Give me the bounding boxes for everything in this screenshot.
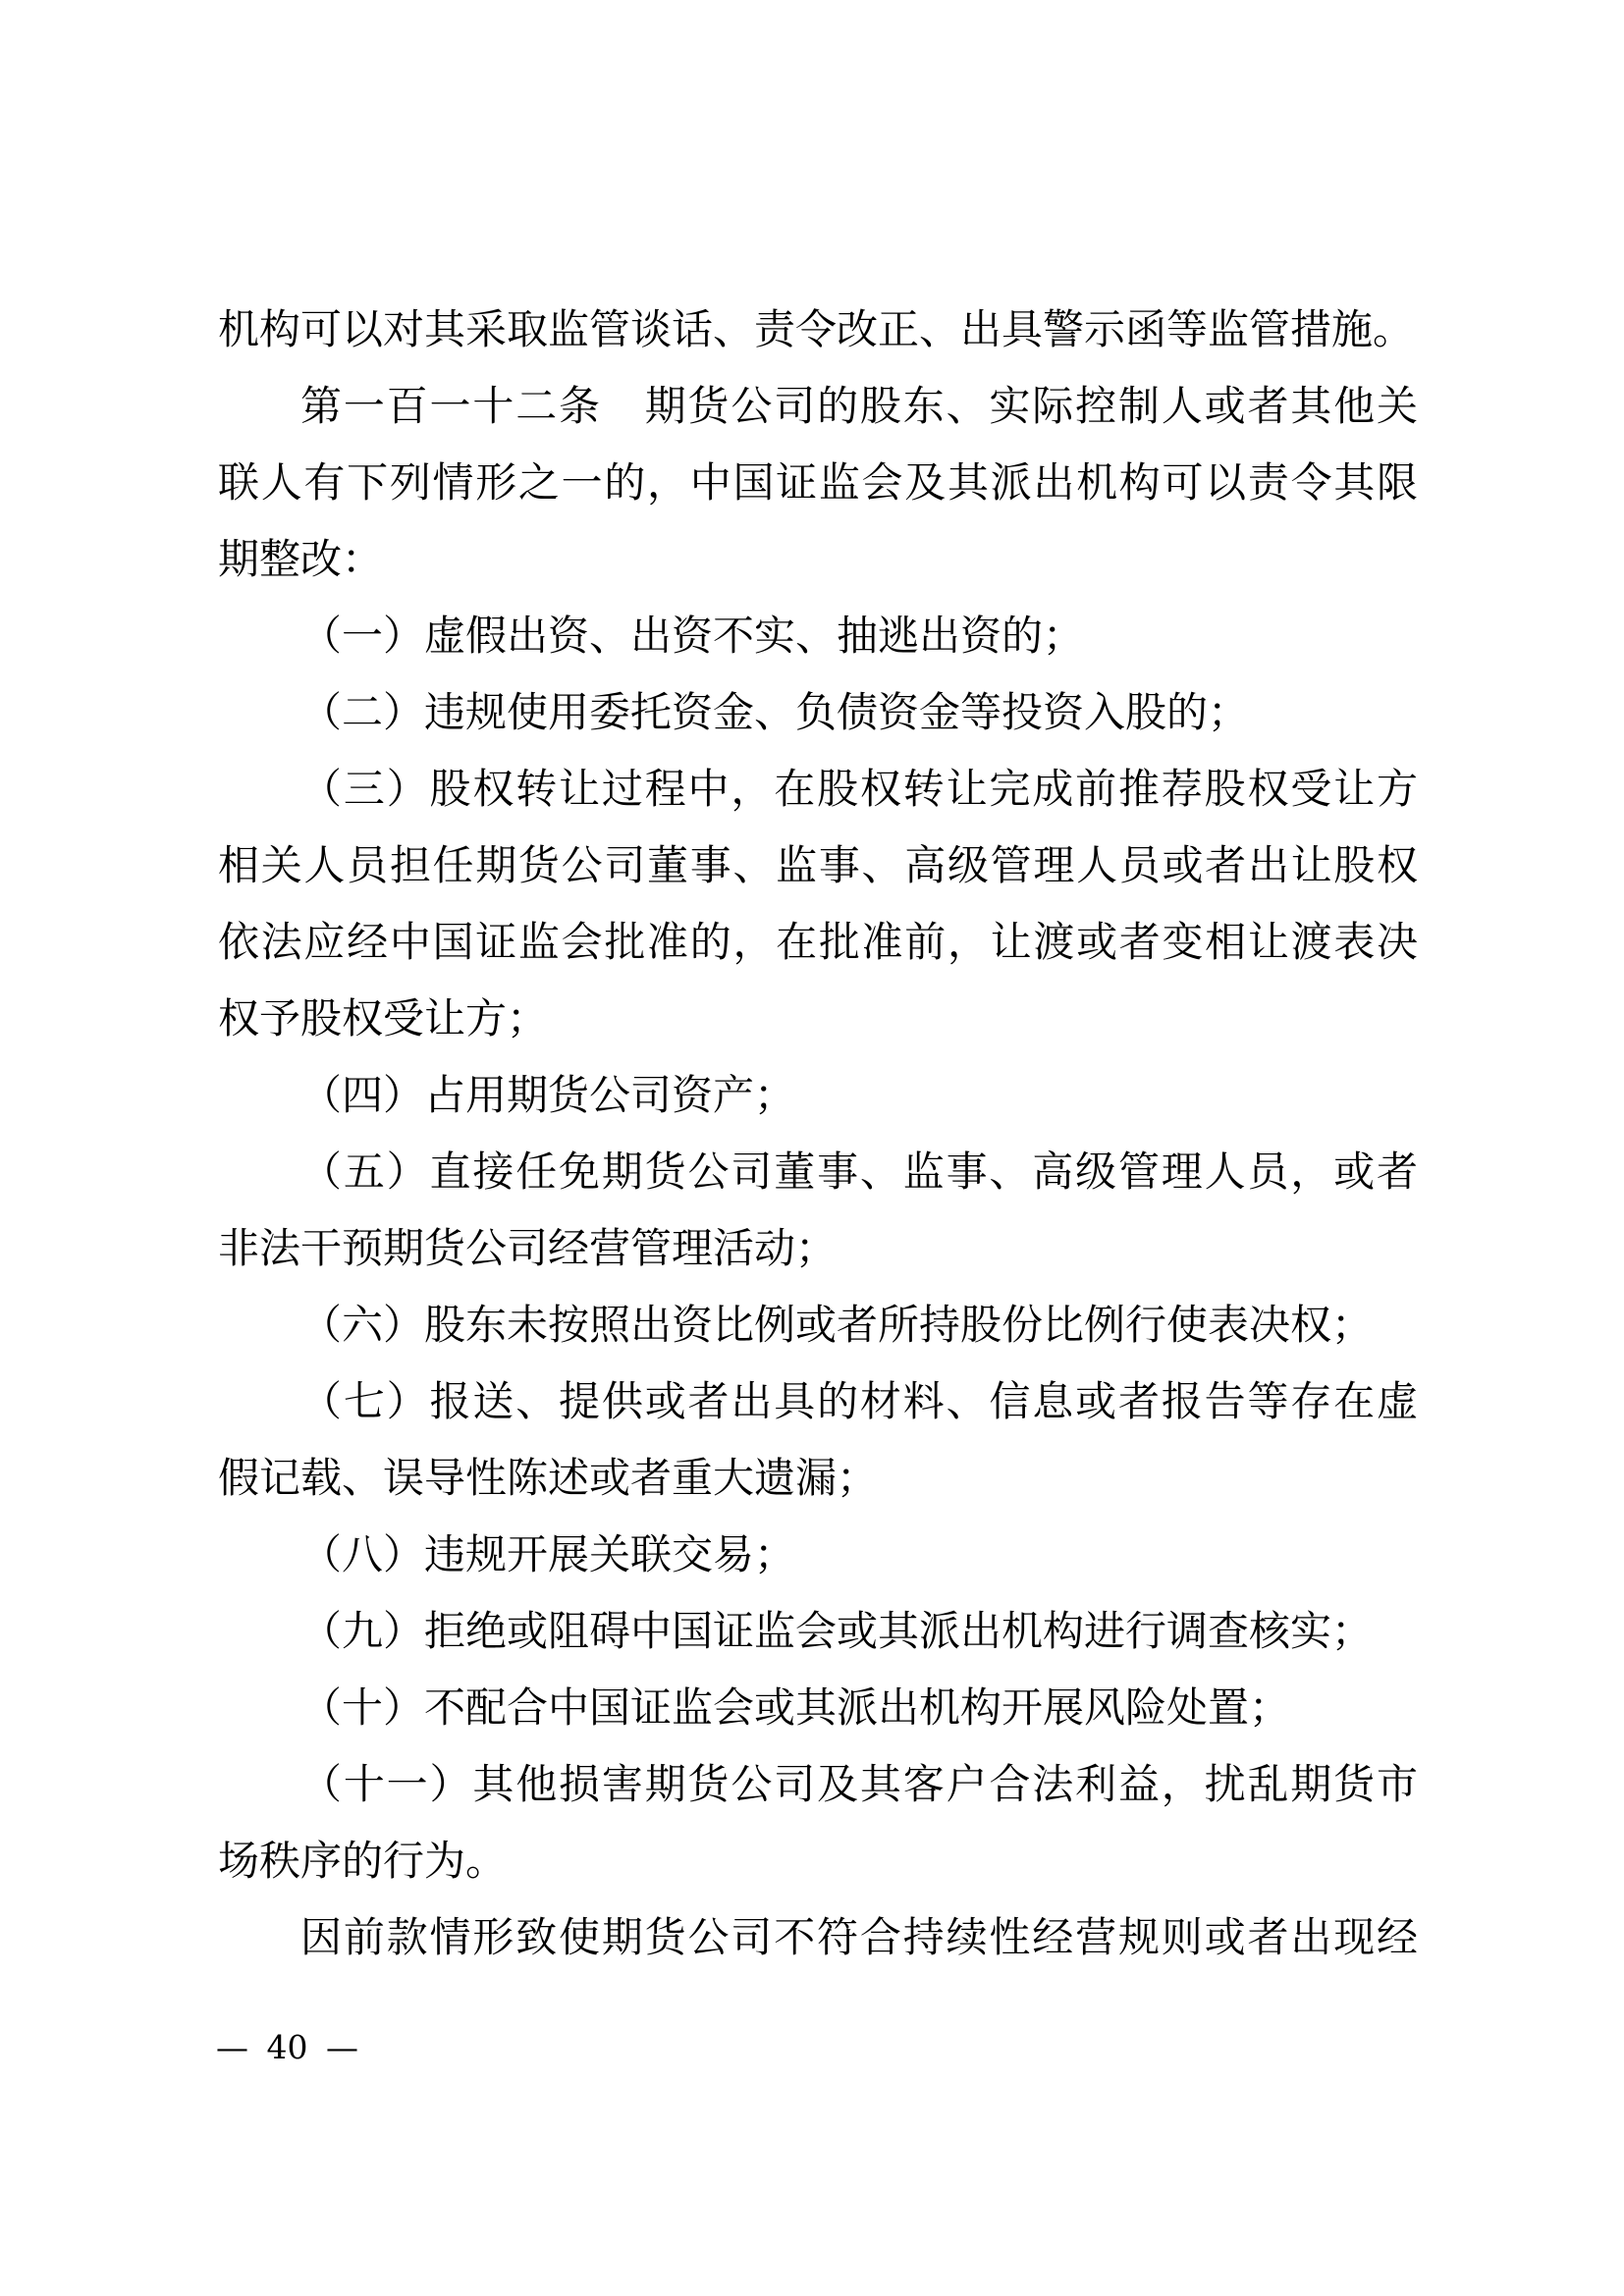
- text-line: 场秩序的行为。: [218, 1823, 1418, 1899]
- text-line: 因前款情形致使期货公司不符合持续性经营规则或者出现经: [218, 1899, 1418, 1976]
- text-line: 联人有下列情形之一的，中国证监会及其派出机构可以责令其限: [218, 445, 1418, 521]
- text-line: （十一）其他损害期货公司及其客户合法利益，扰乱期货市: [218, 1746, 1418, 1823]
- text-line: （七）报送、提供或者出具的材料、信息或者报告等存在虚: [218, 1363, 1418, 1440]
- document-body: 机构可以对其采取监管谈话、责令改正、出具警示函等监管措施。第一百一十二条 期货公…: [218, 292, 1418, 1976]
- text-line: 机构可以对其采取监管谈话、责令改正、出具警示函等监管措施。: [218, 292, 1418, 368]
- text-line: 假记载、误导性陈述或者重大遗漏；: [218, 1440, 1418, 1517]
- text-line: （一）虚假出资、出资不实、抽逃出资的；: [218, 598, 1418, 674]
- text-line: （五）直接任免期货公司董事、监事、高级管理人员，或者: [218, 1134, 1418, 1210]
- text-line: （八）违规开展关联交易；: [218, 1517, 1418, 1593]
- text-line: 依法应经中国证监会批准的，在批准前，让渡或者变相让渡表决: [218, 904, 1418, 981]
- text-line: （二）违规使用委托资金、负债资金等投资入股的；: [218, 674, 1418, 751]
- text-line: 期整改：: [218, 521, 1418, 598]
- text-line: 第一百一十二条 期货公司的股东、实际控制人或者其他关: [218, 368, 1418, 445]
- text-line: 相关人员担任期货公司董事、监事、高级管理人员或者出让股权: [218, 828, 1418, 904]
- text-line: （三）股权转让过程中，在股权转让完成前推荐股权受让方: [218, 751, 1418, 828]
- text-line: （四）占用期货公司资产；: [218, 1057, 1418, 1134]
- text-line: 权予股权受让方；: [218, 981, 1418, 1057]
- page-number: — 40 —: [216, 2028, 358, 2067]
- text-line: （六）股东未按照出资比例或者所持股份比例行使表决权；: [218, 1287, 1418, 1363]
- text-line: （十）不配合中国证监会或其派出机构开展风险处置；: [218, 1670, 1418, 1746]
- text-line: 非法干预期货公司经营管理活动；: [218, 1210, 1418, 1287]
- document-page: 机构可以对其采取监管谈话、责令改正、出具警示函等监管措施。第一百一十二条 期货公…: [0, 0, 1624, 2296]
- text-line: （九）拒绝或阻碍中国证监会或其派出机构进行调查核实；: [218, 1593, 1418, 1670]
